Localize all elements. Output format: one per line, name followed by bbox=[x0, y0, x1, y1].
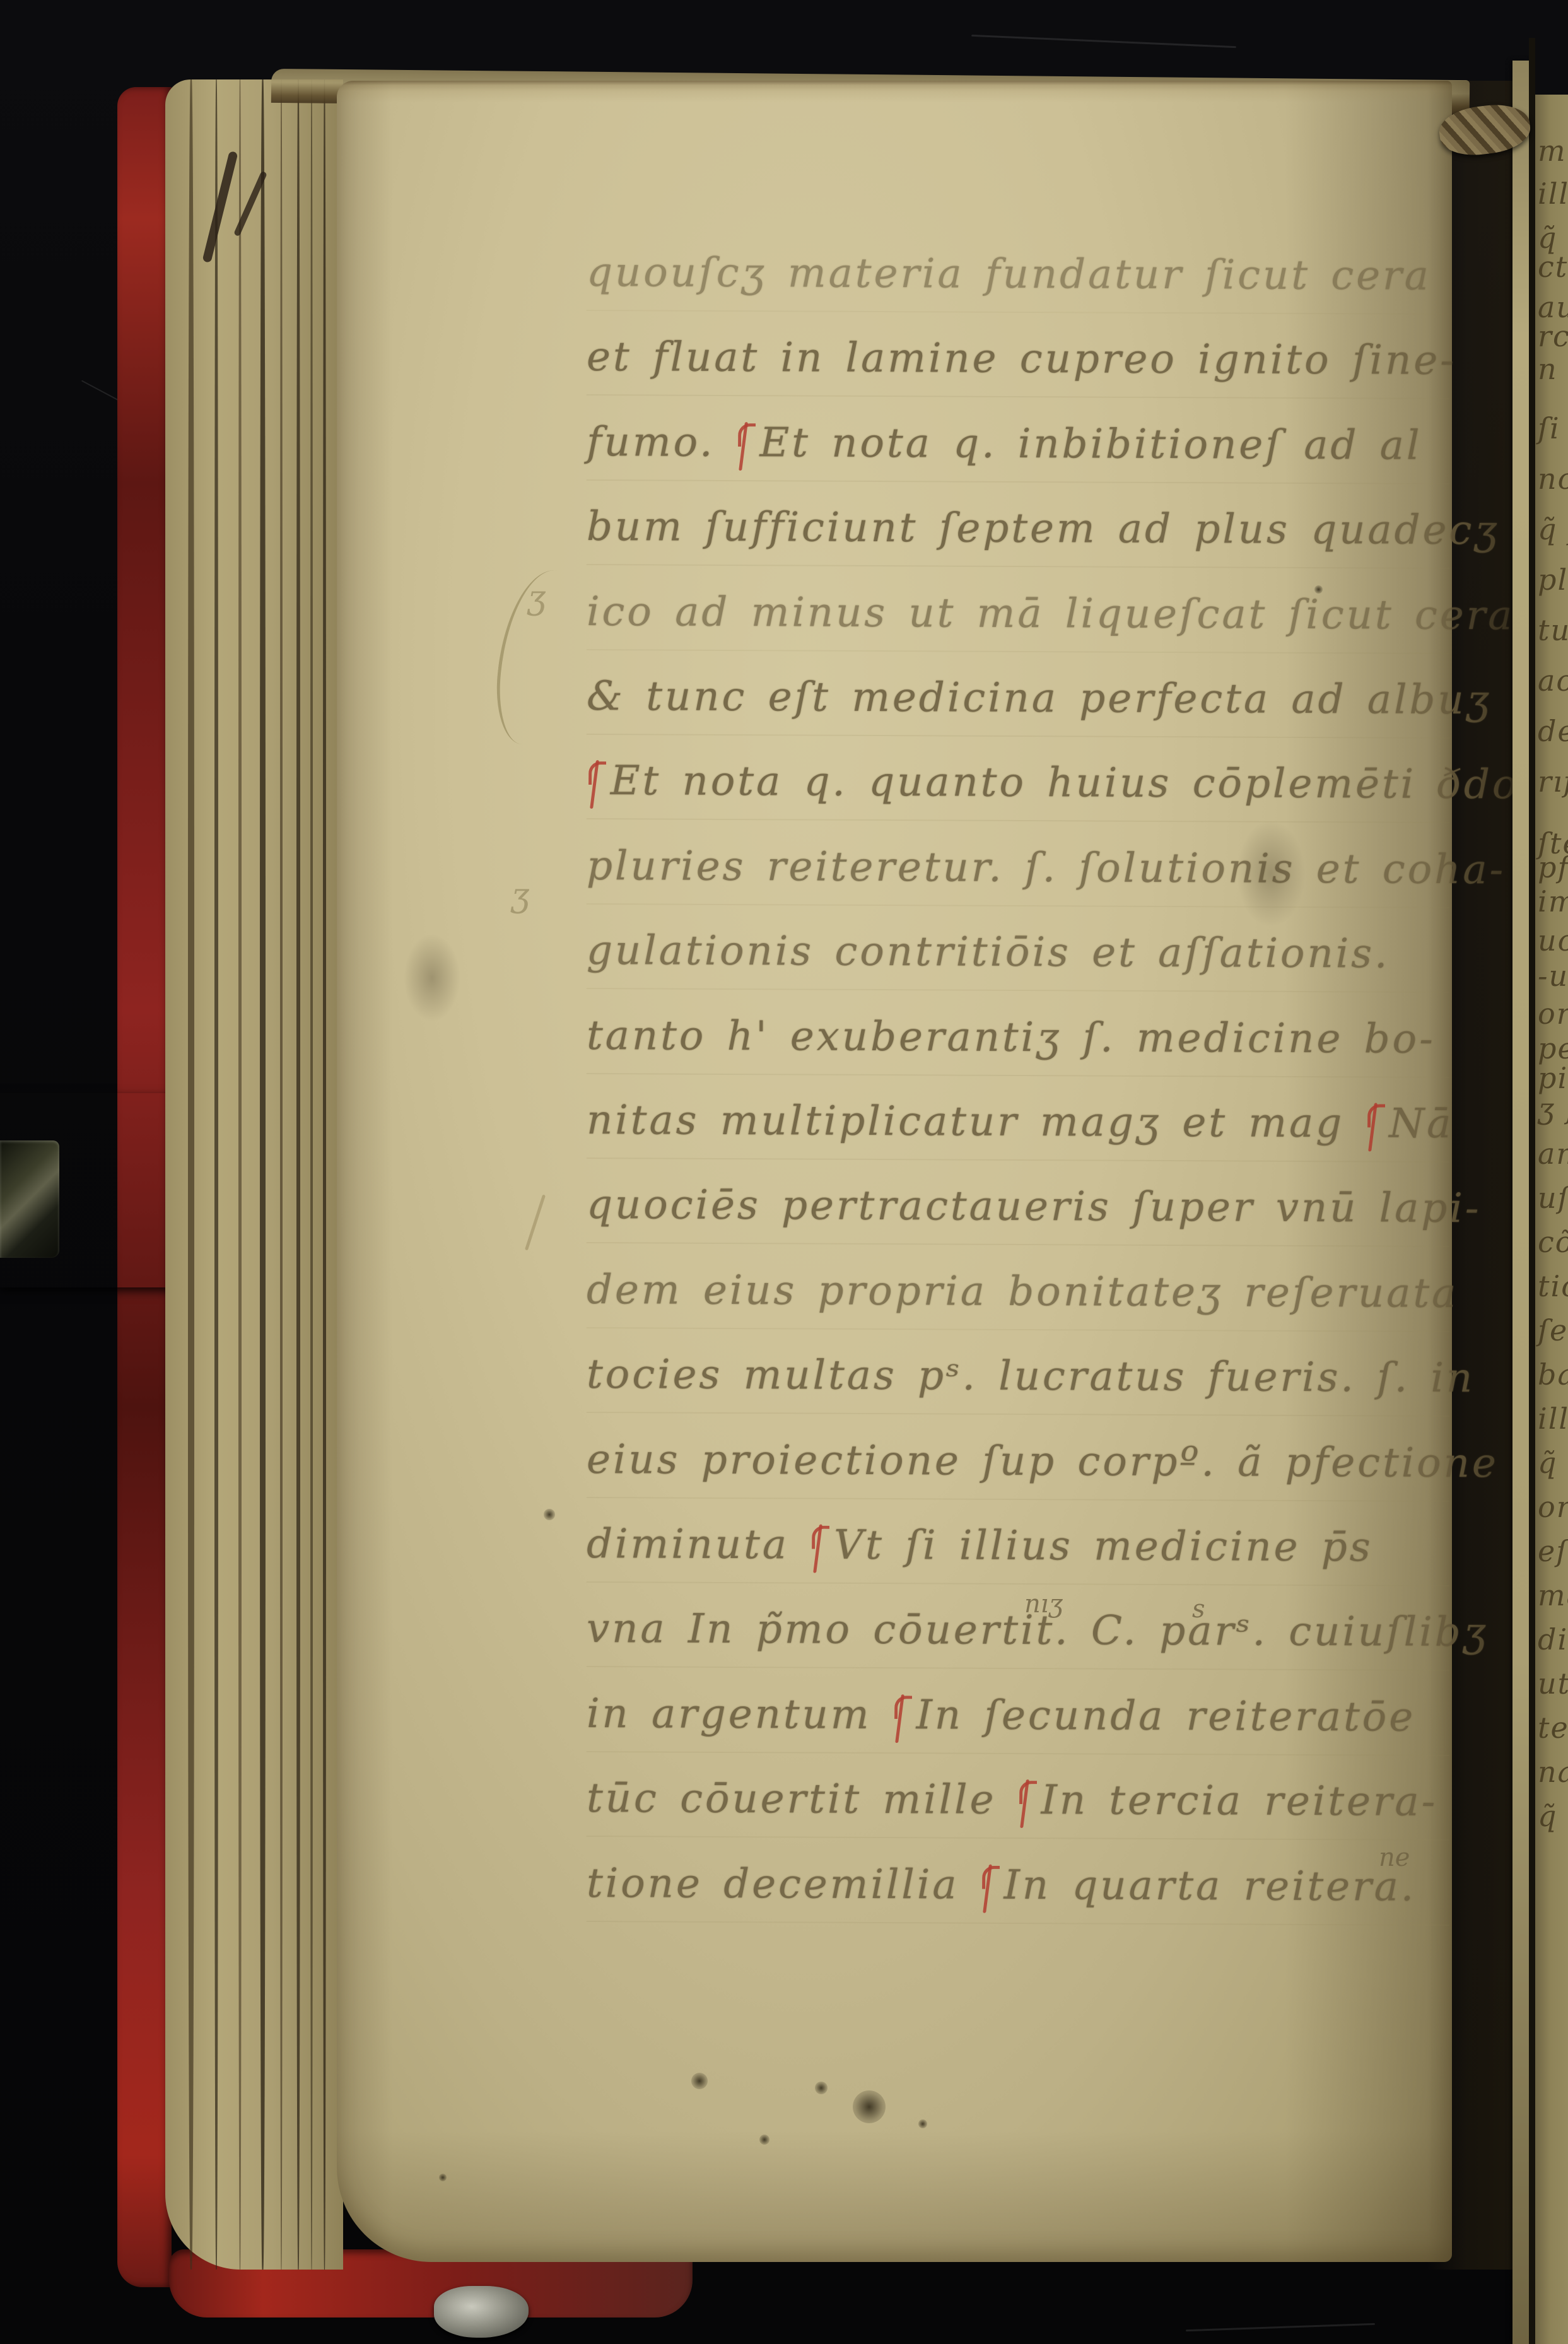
facing-page-text-fragment: illia bbox=[1538, 177, 1568, 211]
photograph-scene: quouſcʒ materia fundatur ſicut ceraet fl… bbox=[0, 0, 1568, 2344]
facing-page-text-fragment: ctur bbox=[1538, 250, 1568, 284]
manuscript-line: quociēs pertractaueris ſuper vnū lapi- bbox=[587, 1181, 1449, 1247]
facing-page-text-fragment: pec bbox=[1538, 1031, 1568, 1065]
margin-squiggle-mark: ʒ bbox=[511, 877, 529, 915]
leaf-edge-ridge bbox=[323, 79, 326, 2270]
background-scratch bbox=[1186, 2323, 1375, 2331]
facing-page-text-fragment: cõp bbox=[1538, 1225, 1568, 1259]
facing-page-text-fragment: q̃ n bbox=[1538, 1446, 1568, 1480]
ink-spot bbox=[439, 2174, 447, 2181]
facing-page-text-fragment: ora bbox=[1538, 1490, 1568, 1524]
manuscript-line: eius proiectione ſup corpº. ã pfectione bbox=[587, 1436, 1449, 1502]
facing-page-text-fragment: aci bbox=[1538, 664, 1568, 698]
ink-spot bbox=[853, 2090, 886, 2123]
facing-page-text-fragment: ut ſ bbox=[1538, 1667, 1568, 1701]
facing-page-text-fragment: oric bbox=[1538, 997, 1568, 1031]
leaf-edge-ridge bbox=[310, 79, 313, 2270]
manuscript-line: & tunc eſt medicina perfecta ad albuʒ bbox=[587, 673, 1449, 739]
manuscript-line: pluries reiteretur. ſ. ſolutionis et coh… bbox=[587, 843, 1449, 908]
manuscript-line: nitas multiplicatur magʒ et mag Nā bbox=[587, 1097, 1449, 1163]
facing-page-text-fragment: tur bbox=[1538, 613, 1568, 647]
manuscript-line: Et nota q. quanto huius cōplemēti ðdo bbox=[587, 758, 1449, 823]
facing-page-text-fragment: pig bbox=[1538, 1061, 1568, 1095]
rubric-pilcrow-icon bbox=[982, 1865, 999, 1903]
manuscript-line: et fluat in lamine cupreo ignito ſine- bbox=[587, 334, 1449, 399]
manuscript-line: diminuta Vt ſi illius medicine p̄s bbox=[587, 1521, 1449, 1586]
ink-spot bbox=[815, 2082, 828, 2094]
facing-page-text-fragment: ſi m bbox=[1538, 411, 1568, 445]
manuscript-line: quouſcʒ materia fundatur ſicut cera bbox=[587, 249, 1449, 315]
ink-spot bbox=[544, 1509, 555, 1520]
facing-page-text-fragment: q̃ ſ bbox=[1538, 512, 1568, 546]
facing-page-text-fragment: na bbox=[1538, 1755, 1568, 1789]
manuscript-line: ico ad minus ut mā liqueſcat ſicut cera bbox=[587, 589, 1449, 654]
facing-page-text-fragment: tio bbox=[1538, 1269, 1568, 1303]
gutter-gap bbox=[1529, 38, 1535, 2344]
facing-page-text-fragment: dic bbox=[1538, 1622, 1568, 1656]
facing-page-text-fragment: am t bbox=[1538, 1137, 1568, 1171]
leaf-edge-ridge bbox=[260, 79, 266, 2270]
parchment-smudge bbox=[404, 934, 460, 1022]
manuscript-line: vna In p̃mo cōuertit. C. parˢ. cuiuſlibʒ bbox=[587, 1605, 1449, 1671]
facing-page-text-fragment: n toc bbox=[1538, 352, 1568, 386]
facing-page-text-fragment: ma bbox=[1538, 1578, 1568, 1612]
manuscript-line: bum ſufficiunt ſeptem ad plus quadecʒ bbox=[587, 503, 1449, 569]
clasp-metal-fitting bbox=[0, 1140, 59, 1258]
leaf-edge-ridge bbox=[238, 79, 242, 2270]
manuscript-line: tanto h' exuberantiʒ ſ. medicine bo- bbox=[587, 1012, 1449, 1078]
next-leaf-edge bbox=[1512, 61, 1529, 2344]
parchment-smudge bbox=[1236, 820, 1306, 927]
background-scratch bbox=[971, 35, 1236, 48]
facing-page-text-fragment: de c bbox=[1538, 714, 1568, 748]
facing-page-text-fragment: ʒ f bbox=[1538, 1091, 1568, 1125]
manuscript-line: tūc cōuertit mille In tercia reitera- bbox=[587, 1775, 1449, 1841]
facing-page-text-fragment: eſt bbox=[1538, 1534, 1568, 1568]
gutter-shadow bbox=[1427, 81, 1515, 2270]
ink-spot bbox=[759, 2135, 769, 2145]
manuscript-page: quouſcʒ materia fundatur ſicut ceraet fl… bbox=[337, 81, 1452, 2262]
rubric-pilcrow-icon bbox=[1019, 1780, 1036, 1819]
interlinear-note: nıʒ bbox=[1024, 1590, 1063, 1619]
manuscript-line: dem eius propria bonitateʒ reſeruata bbox=[587, 1267, 1449, 1332]
bottom-clasp-remnant bbox=[434, 2286, 529, 2338]
facing-page-text-fragment: -ub bbox=[1538, 959, 1568, 993]
facing-page-text-fragment: pfect bbox=[1538, 850, 1568, 884]
facing-page-text-fragment: rcto bbox=[1538, 319, 1568, 353]
ink-spot bbox=[1314, 585, 1323, 594]
facing-page-text-fragment: ſer bbox=[1538, 1313, 1568, 1347]
facing-page-text-fragment: ter bbox=[1538, 1711, 1568, 1745]
rubric-pilcrow-icon bbox=[738, 423, 755, 461]
facing-page-text-fragment: q̃ p bbox=[1538, 1799, 1568, 1833]
rubric-pilcrow-icon bbox=[894, 1695, 911, 1733]
margin-squiggle-mark: ʒ bbox=[527, 579, 546, 617]
manuscript-line: gulationis contritiōis et aſſationis. bbox=[587, 927, 1449, 993]
rubric-pilcrow-icon bbox=[1367, 1103, 1384, 1142]
facing-page-sliver: milleilliaq̃ acturaudarcton tocſi mnotq̃… bbox=[1535, 95, 1568, 2344]
rubric-pilcrow-icon bbox=[812, 1525, 829, 1563]
ink-spot bbox=[691, 2073, 708, 2089]
facing-page-text-fragment: not bbox=[1538, 462, 1568, 496]
interlinear-note: s bbox=[1192, 1595, 1205, 1624]
leaf-edge-ridge bbox=[280, 79, 283, 2270]
leaf-edge-ridge bbox=[214, 79, 218, 2270]
facing-page-text-fragment: im r bbox=[1538, 884, 1568, 918]
ink-spot bbox=[918, 2119, 927, 2128]
facing-page-text-fragment: rıſ bbox=[1538, 765, 1568, 799]
facing-page-text-fragment: illa bbox=[1538, 1402, 1568, 1436]
facing-page-text-fragment: bat bbox=[1538, 1357, 1568, 1392]
manuscript-line: in argentum In ſecunda reiteratōe bbox=[587, 1691, 1449, 1756]
manuscript-line: tocies multas pˢ. lucratus fueris. ſ. in bbox=[587, 1351, 1449, 1417]
leaf-edge-ridge bbox=[188, 79, 194, 2270]
interlinear-note: ne bbox=[1379, 1843, 1410, 1872]
leaf-edge-ridge bbox=[296, 79, 300, 2270]
rubric-pilcrow-icon bbox=[588, 761, 606, 799]
manuscript-line: fumo. Et nota q. inbibitioneſ ad al bbox=[587, 419, 1449, 484]
facing-page-text-fragment: ple bbox=[1538, 563, 1568, 597]
facing-page-text-fragment: uſo bbox=[1538, 1181, 1568, 1215]
manuscript-line: tione decemillia In quarta reitera. bbox=[587, 1860, 1449, 1926]
leaf-edge-stack bbox=[165, 79, 343, 2270]
facing-page-text-fragment: ucb bbox=[1538, 923, 1568, 958]
facing-page-text-fragment: mille bbox=[1538, 134, 1568, 168]
